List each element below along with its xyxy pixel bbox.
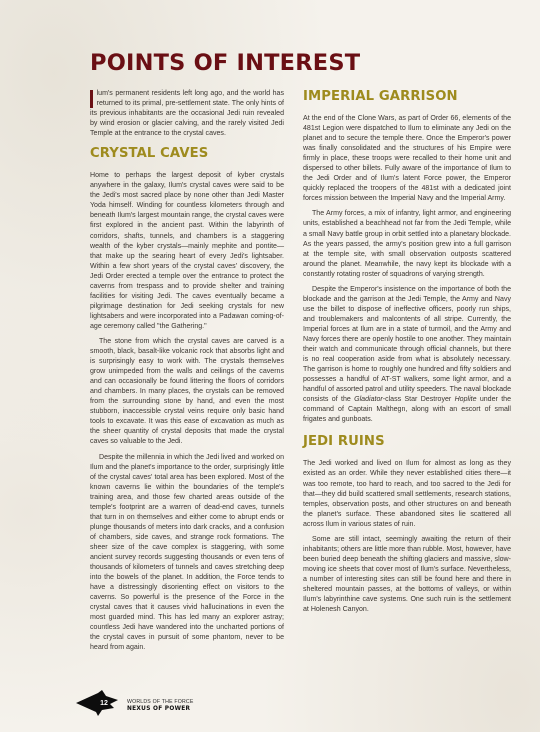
section-heading-crystal-caves: CRYSTAL CAVES (90, 146, 284, 162)
crystal-caves-paragraph-2: The stone from which the crystal caves a… (90, 337, 284, 448)
garrison-paragraph-3-text: Despite the Emperor's insistence on the … (303, 286, 511, 404)
page-number: 12 (94, 700, 114, 707)
crystal-caves-paragraph-1: Home to perhaps the largest deposit of k… (90, 171, 284, 332)
garrison-paragraph-3: Despite the Emperor's insistence on the … (303, 285, 511, 426)
ship-class: Gladiator (354, 396, 383, 403)
after-class-text: -class Star Destroyer (383, 396, 455, 403)
left-column: lum's permanent residents left long ago,… (90, 89, 284, 658)
page-title: POINTS OF INTEREST (90, 50, 360, 76)
garrison-paragraph-2: The Army forces, a mix of infantry, ligh… (303, 209, 511, 279)
section-heading-jedi-ruins: JEDI RUINS (303, 434, 511, 450)
section-heading-imperial-garrison: IMPERIAL GARRISON (303, 89, 511, 105)
crystal-caves-paragraph-3: Despite the millennia in which the Jedi … (90, 453, 284, 654)
garrison-paragraph-1: At the end of the Clone Wars, as part of… (303, 114, 511, 204)
intro-text: lum's permanent residents left long ago,… (90, 90, 284, 137)
ruins-paragraph-2: Some are still intact, seemingly awaitin… (303, 535, 511, 615)
ruins-paragraph-1: The Jedi worked and lived on Ilum for al… (303, 459, 511, 529)
series-title: WORLDS OF THE FORCE (127, 699, 194, 705)
page-footer: 12 WORLDS OF THE FORCE NEXUS OF POWER (76, 690, 296, 720)
book-title: NEXUS OF POWER (127, 706, 190, 712)
drop-cap-marker (90, 90, 93, 108)
right-column: IMPERIAL GARRISON At the end of the Clon… (303, 89, 511, 620)
intro-paragraph: lum's permanent residents left long ago,… (90, 89, 284, 139)
ship-name: Hoplite (455, 396, 477, 403)
